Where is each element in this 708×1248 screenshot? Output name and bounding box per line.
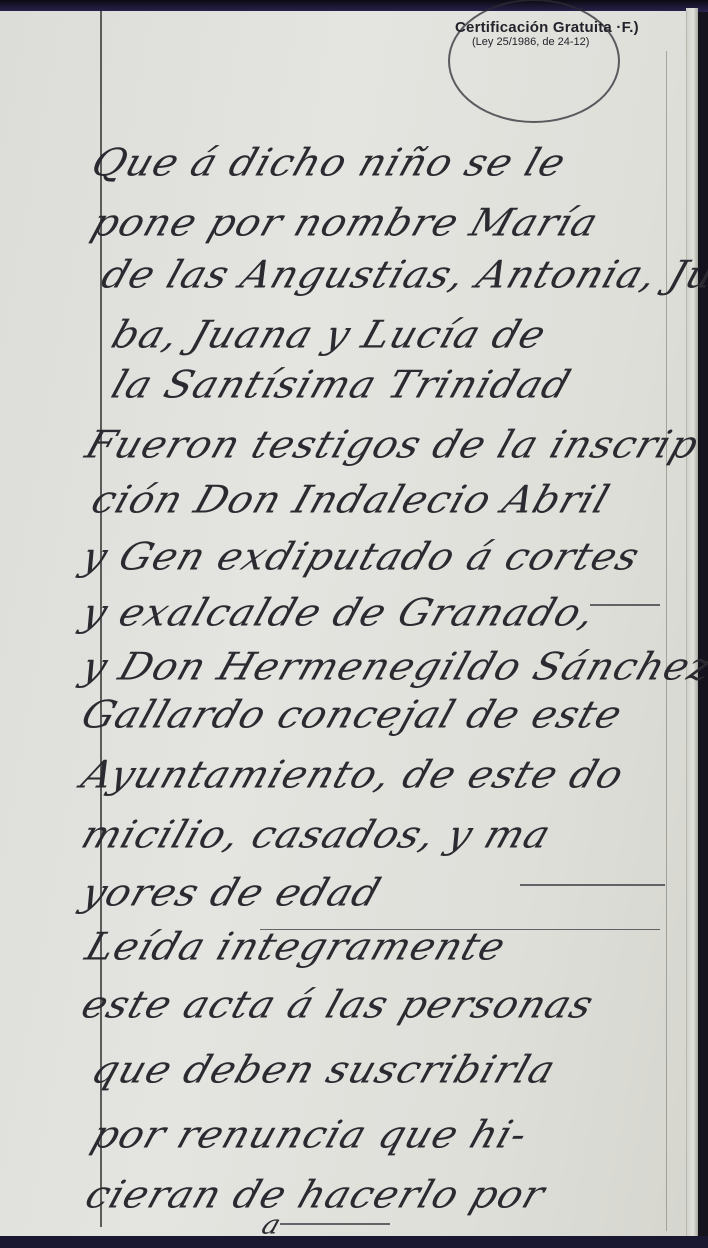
- manuscript-line: y exalcalde de Granado,: [76, 591, 601, 635]
- manuscript-line: ba, Juana y Lucía de: [106, 313, 552, 357]
- certification-subtitle: (Ley 25/1986, de 24-12): [472, 36, 695, 48]
- manuscript-line: de las Angustias, Antonia, Jua: [96, 253, 708, 297]
- manuscript-line: la Santísima Trinidad: [106, 363, 576, 407]
- certification-stamp: Certificación Gratuita ·F.) (Ley 25/1986…: [455, 19, 695, 48]
- manuscript-line: este acta á las personas: [76, 983, 599, 1027]
- manuscript-line: Fueron testigos de la inscrip: [80, 423, 704, 467]
- scan-bottom-edge: [0, 1236, 708, 1248]
- manuscript-line: micilio, casados, y ma: [76, 813, 557, 857]
- document-page: Certificación Gratuita ·F.) (Ley 25/1986…: [0, 11, 687, 1237]
- manuscript-line: Leída integramente: [80, 925, 511, 969]
- manuscript-line: que deben suscribirla: [86, 1048, 561, 1092]
- certification-mark: ·F.): [616, 19, 638, 36]
- page-edge-strip: [686, 8, 698, 1243]
- fill-rule: [520, 884, 665, 886]
- manuscript-line: por renuncia que hi-: [86, 1113, 533, 1157]
- manuscript-line: Gallardo concejal de este: [76, 693, 628, 737]
- fill-rule: [590, 604, 660, 606]
- manuscript-line: ción Don Indalecio Abril: [86, 478, 615, 522]
- manuscript-line: y Gen exdiputado á cortes: [76, 535, 645, 579]
- manuscript-line: cieran de hacerlo por: [80, 1173, 551, 1217]
- right-margin-rule: [666, 51, 667, 1231]
- fill-rule: [260, 929, 660, 930]
- manuscript-line: Que á dicho niño se le: [86, 141, 572, 185]
- certification-title-text: Certificación Gratuita: [455, 19, 612, 36]
- manuscript-line: y Don Hermenegildo Sánchez: [76, 645, 708, 689]
- manuscript-line: yores de edad: [76, 871, 387, 915]
- fill-rule: [280, 1223, 390, 1225]
- certification-title: Certificación Gratuita ·F.): [455, 19, 695, 37]
- manuscript-line: pone por nombre María: [86, 201, 604, 245]
- manuscript-line: Ayuntamiento, de este do: [76, 753, 630, 797]
